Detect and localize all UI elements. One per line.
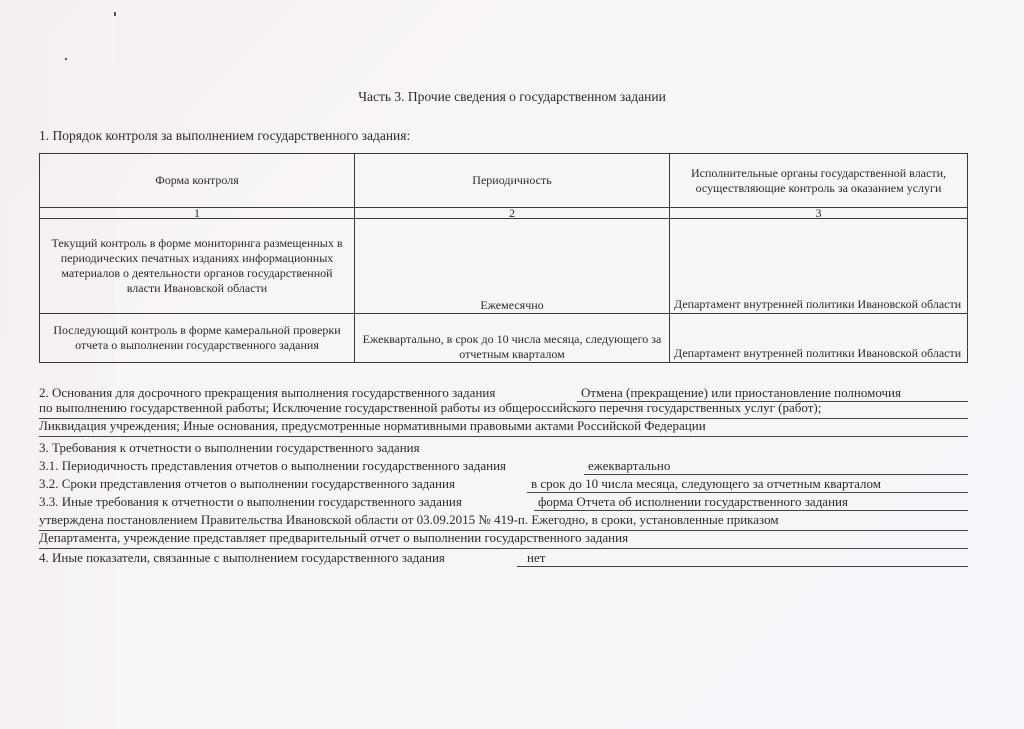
item2-value: в срок до 10 числа месяца, следующего за… [527, 476, 881, 491]
table-row: Последующий контроль в форме камеральной… [40, 314, 968, 363]
section3-item3-line3: Департамента, учреждение представляет пр… [39, 530, 968, 549]
item3-value: форма Отчета об исполнении государственн… [534, 494, 848, 509]
item2-label: 3.2. Сроки представления отчетов о выпол… [39, 476, 455, 491]
header-authority: Исполнительные органы государственной вл… [670, 154, 968, 208]
cell-periodicity: Ежеквартально, в срок до 10 числа месяца… [355, 314, 670, 363]
cell-form: Текущий контроль в форме мониторинга раз… [40, 219, 355, 314]
section3-heading: 3. Требования к отчетности о выполнении … [39, 440, 968, 458]
col-number: 1 [40, 208, 355, 219]
control-table: Форма контроля Периодичность Исполнитель… [39, 153, 968, 363]
item1-label: 3.1. Периодичность представления отчетов… [39, 458, 506, 473]
table-row: Текущий контроль в форме мониторинга раз… [40, 219, 968, 314]
section2-value: Отмена (прекращение) или приостановление… [577, 385, 901, 400]
page-title: Часть 3. Прочие сведения о государственн… [0, 89, 1024, 105]
section2-label: 2. Основания для досрочного прекращения … [39, 385, 495, 400]
header-form: Форма контроля [40, 154, 355, 208]
cell-form: Последующий контроль в форме камеральной… [40, 314, 355, 363]
header-periodicity: Периодичность [355, 154, 670, 208]
section4-value: нет [517, 550, 545, 565]
col-number: 2 [355, 208, 670, 219]
col-number: 3 [670, 208, 968, 219]
scan-shadow [0, 0, 115, 729]
item3-label: 3.3. Иные требования к отчетности о выпо… [39, 494, 462, 509]
scanned-page: Часть 3. Прочие сведения о государственн… [0, 0, 1024, 729]
scan-mark [65, 58, 67, 60]
section3-item3: 3.3. Иные требования к отчетности о выпо… [39, 494, 968, 512]
item3-value-field: форма Отчета об исполнении государственн… [534, 494, 968, 511]
cell-authority: Департамент внутренней политики Ивановск… [670, 219, 968, 314]
table-header-row: Форма контроля Периодичность Исполнитель… [40, 154, 968, 208]
item2-value-field: в срок до 10 числа месяца, следующего за… [527, 476, 968, 493]
section1-heading: 1. Порядок контроля за выполнением госуд… [39, 128, 410, 144]
section3-item3-line2: утверждена постановлением Правительства … [39, 512, 968, 531]
section3-item2: 3.2. Сроки представления отчетов о выпол… [39, 476, 968, 494]
scan-mark [114, 12, 116, 16]
cell-authority: Департамент внутренней политики Ивановск… [670, 314, 968, 363]
section4-value-field: нет [517, 550, 968, 567]
section4-line: 4. Иные показатели, связанные с выполнен… [39, 550, 968, 568]
table-number-row: 1 2 3 [40, 208, 968, 219]
section2-line2: по выполнению государственной работы; Ис… [39, 400, 968, 419]
section2-line3: Ликвидация учреждения; Иные основания, п… [39, 418, 968, 437]
section4-label: 4. Иные показатели, связанные с выполнен… [39, 550, 445, 565]
item1-value: ежеквартально [584, 458, 670, 473]
cell-periodicity: Ежемесячно [355, 219, 670, 314]
section3-item1: 3.1. Периодичность представления отчетов… [39, 458, 968, 476]
item1-value-field: ежеквартально [584, 458, 968, 475]
